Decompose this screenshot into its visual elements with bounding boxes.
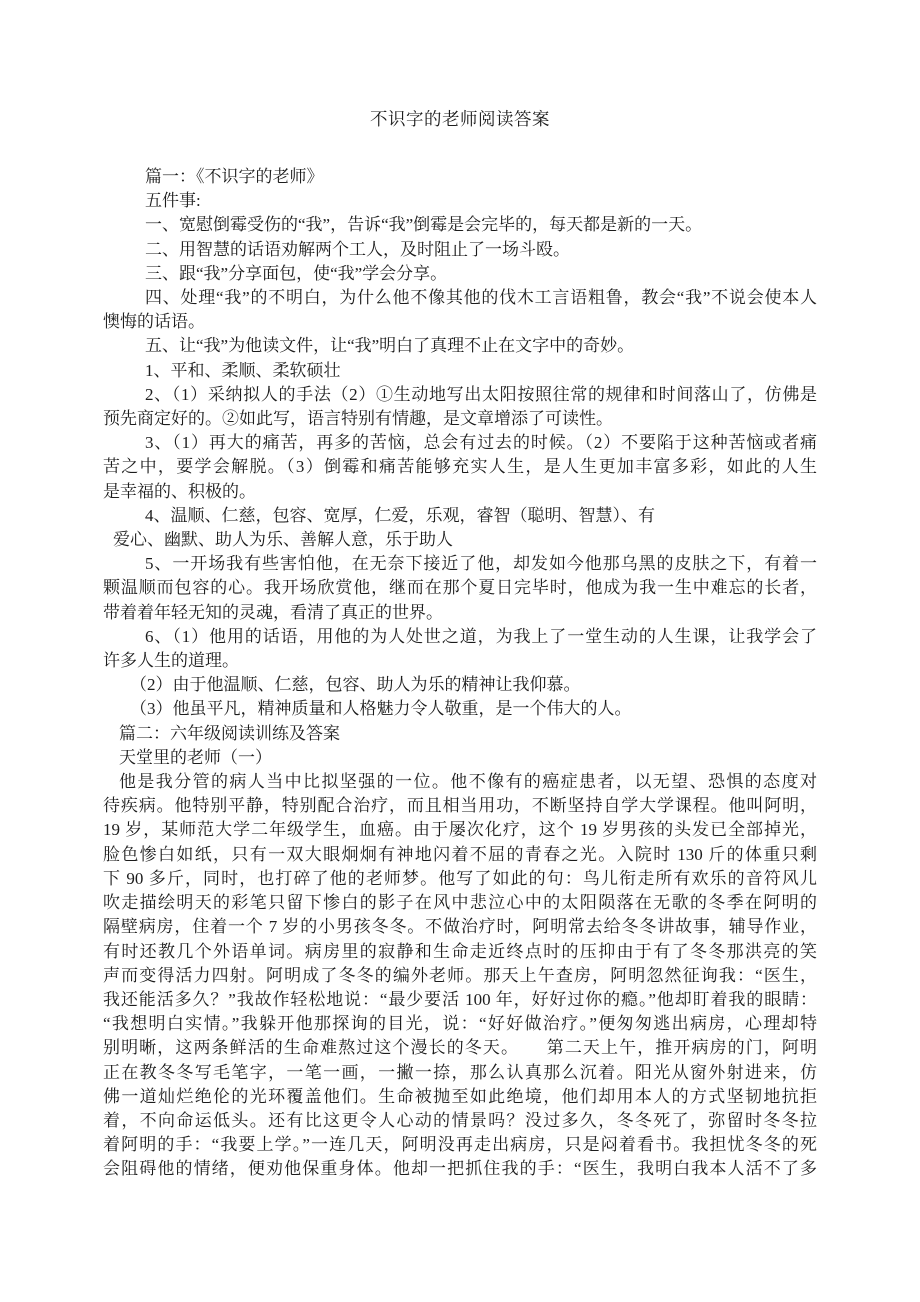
text-line: 预先商定好的。②如此写，语言特别有情趣，是文章增添了可读性。: [103, 407, 817, 431]
text-line: 5、一开场我有些害怕他，在无奈下接近了他，却发如今他那乌黑的皮肤之下，有着一: [103, 552, 817, 576]
text-line: 三、跟“我”分享面包，使“我”学会分享。: [103, 262, 817, 286]
text-line: 佛一道灿烂绝伦的光环覆盖他们。生命被抛至如此绝境，他们却用本人的方式坚韧地抗拒: [103, 1085, 817, 1109]
text-line: 正在教冬冬写毛笔字，一笔一画，一撇一捺，那么认真那么沉着。阳光从窗外射进来，仿: [103, 1061, 817, 1085]
text-line: 待疾病。他特别平静，特别配合治疗，而且相当用功，不断坚持自学大学课程。他叫阿明，: [103, 794, 817, 818]
text-line: 他是我分管的病人当中比拟坚强的一位。他不像有的癌症患者，以无望、恐惧的态度对: [103, 770, 817, 794]
text-line: 懊悔的话语。: [103, 310, 817, 334]
text-line: 是幸福的、积极的。: [103, 480, 817, 504]
text-line: 天堂里的老师（一）: [103, 746, 817, 770]
text-line: 1、平和、柔顺、柔软硕壮: [103, 359, 817, 383]
text-line: 别明晰，这两条鲜活的生命难熬过这个漫长的冬天。 第二天上午，推开病房的门，阿明: [103, 1036, 817, 1060]
text-line: 二、用智慧的话语劝解两个工人，及时阻止了一场斗殴。: [103, 238, 817, 262]
text-line: 声而变得活力四射。阿明成了冬冬的编外老师。那天上午查房，阿明忽然征询我：“医生，: [103, 964, 817, 988]
text-line: 着阿明的手：“我要上学。”一连几天，阿明没再走出病房，只是闷着看书。我担忧冬冬的…: [103, 1133, 817, 1157]
text-line: 带着着年轻无知的灵魂，看清了真正的世界。: [103, 601, 817, 625]
text-line: 五件事:: [103, 189, 817, 213]
text-line: 2、（1）采纳拟人的手法（2）①生动地写出太阳按照往常的规律和时间落山了，仿佛是: [103, 383, 817, 407]
text-line: 苦之中，要学会解脱。（3）倒霉和痛苦能够充实人生，是人生更加丰富多彩，如此的人生: [103, 455, 817, 479]
text-line: 爱心、幽默、助人为乐、善解人意，乐于助人: [103, 528, 817, 552]
text-line: （2）由于他温顺、仁慈，包容、助人为乐的精神让我仰慕。: [103, 673, 817, 697]
text-line: 颗温顺而包容的心。我开场欣赏他，继而在那个夏日完毕时，他成为我一生中难忘的长者，: [103, 576, 817, 600]
text-line: 许多人生的道理。: [103, 649, 817, 673]
text-line: 五、让“我”为他读文件，让“我”明白了真理不止在文字中的奇妙。: [103, 334, 817, 358]
document-page: 不识字的老师阅读答案 篇一：《不识字的老师》五件事:一、宽慰倒霉受伤的“我”，告…: [0, 0, 920, 1302]
text-line: 吹走描绘明天的彩笔只留下惨白的影子在风中悲泣心中的太阳陨落在无歌的冬季在阿明的: [103, 891, 817, 915]
text-line: 4、温顺、仁慈，包容、宽厚，仁爱，乐观，睿智（聪明、智慧）、有: [103, 504, 817, 528]
text-line: 下 90 多斤，同时，也打碎了他的老师梦。他写了如此的句：鸟儿衔走所有欢乐的音符…: [103, 867, 817, 891]
text-line: 有时还教几个外语单词。病房里的寂静和生命走近终点时的压抑由于有了冬冬那洪亮的笑: [103, 940, 817, 964]
text-line: 篇一：《不识字的老师》: [103, 165, 817, 189]
text-line: 会阻碍他的情绪，便劝他保重身体。他却一把抓住我的手：“医生，我明白我本人活不了多: [103, 1157, 817, 1181]
document-title: 不识字的老师阅读答案: [0, 0, 920, 131]
text-line: 我还能活多久？”我故作轻松地说：“最少要活 100 年，好好过你的瘾。”他却盯着…: [103, 988, 817, 1012]
text-line: （3）他虽平凡，精神质量和人格魅力令人敬重，是一个伟大的人。: [103, 697, 817, 721]
text-line: 3、（1）再大的痛苦，再多的苦恼，总会有过去的时候。（2）不要陷于这种苦恼或者痛: [103, 431, 817, 455]
text-line: 着，不向命运低头。还有比这更令人心动的情景吗？没过多久，冬冬死了，弥留时冬冬拉: [103, 1109, 817, 1133]
document-body: 篇一：《不识字的老师》五件事:一、宽慰倒霉受伤的“我”，告诉“我”倒霉是会完毕的…: [103, 165, 817, 1182]
text-line: 一、宽慰倒霉受伤的“我”，告诉“我”倒霉是会完毕的，每天都是新的一天。: [103, 213, 817, 237]
text-line: 6、（1）他用的话语，用他的为人处世之道，为我上了一堂生动的人生课，让我学会了: [103, 625, 817, 649]
text-line: 篇二：六年级阅读训练及答案: [103, 722, 817, 746]
text-line: 脸色惨白如纸，只有一双大眼炯炯有神地闪着不屈的青春之光。入院时 130 斤的体重…: [103, 843, 817, 867]
text-line: “我想明白实情。”我躲开他那探询的目光，说：“好好做治疗。”便匆匆逃出病房，心理…: [103, 1012, 817, 1036]
text-line: 隔壁病房，住着一个 7 岁的小男孩冬冬。不做治疗时，阿明常去给冬冬讲故事，辅导作…: [103, 915, 817, 939]
text-line: 19 岁，某师范大学二年级学生，血癌。由于屡次化疗，这个 19 岁男孩的头发已全…: [103, 818, 817, 842]
text-line: 四、处理“我”的不明白，为什么他不像其他的伐木工言语粗鲁，教会“我”不说会使本人: [103, 286, 817, 310]
